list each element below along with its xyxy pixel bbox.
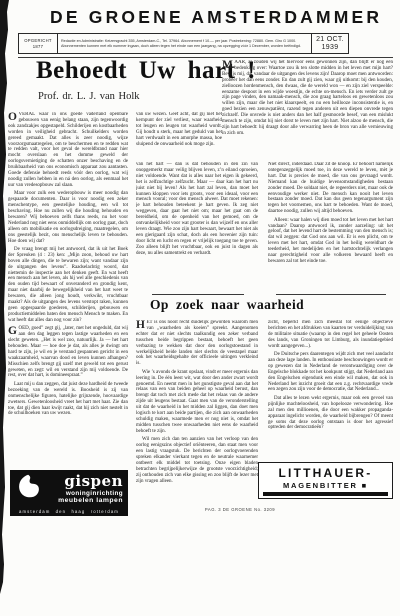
square-icon: ■: [362, 481, 368, 490]
gispen-cities: amsterdam den haag rotterdam: [10, 509, 128, 514]
paragraph-text: De Duitsche pers daarentegen wijdt zich …: [268, 352, 393, 393]
gispen-line-2: meubelen lampen: [44, 497, 123, 504]
dropcap: H: [136, 320, 145, 330]
imprint-cell: Redactie en Administratie: Keizersgracht…: [58, 34, 312, 53]
paragraph-text: van uw wezen. Geef acht, dat gij niet he…: [136, 112, 222, 147]
article1-column-1: OVERAL waar in ons goede vaderland openb…: [8, 112, 128, 464]
paragraph-text: OED, goed” zegt gij, „later, met het ong…: [8, 326, 128, 378]
founded-label: OPGERICHT: [19, 38, 57, 43]
paragraph-text: Alleen: waar halen wij dien moed tot het…: [268, 218, 393, 265]
paragraph-text: Laat mij u dan zeggen, dat juist deze ha…: [8, 382, 128, 417]
gispen-brand-name: gispen: [44, 474, 123, 488]
article1-column-2: van het hart — dan is dat behouden in de…: [136, 162, 258, 293]
article1-column-3: Niet direct, inderdaad. Daar zit de knoo…: [268, 162, 393, 293]
masthead-infobar: OPGERICHT 1877 Redactie en Administratie…: [18, 33, 349, 54]
issue-date-line-1: 21 OCT.: [312, 36, 348, 44]
gispen-logo-icon: [14, 473, 44, 500]
litthauer-bar: [263, 492, 388, 496]
article2-headline: Op zoek naar waarheid: [136, 297, 318, 313]
litthauer-advertisement: LITTHAUER- MAGENBITTER ■: [258, 462, 393, 499]
paragraph-text: van het hart — dan is dat behouden in de…: [136, 162, 258, 257]
article1-end-rule-left: [152, 294, 244, 295]
page-footer: PAG. 3 DE GROENE No. 3209: [170, 507, 310, 512]
article1-end-rule-right: [276, 294, 386, 295]
issue-date-line-2: 1939: [312, 44, 348, 52]
litthauer-brand-name: LITTHAUER-: [259, 466, 392, 480]
litthauer-product-name: MAGENBITTER ■: [259, 481, 392, 490]
dropcap: M: [222, 60, 233, 70]
paragraph-text: Dat alles te lezen wekt ergernis, maar o…: [268, 396, 393, 431]
paragraph-text: Wie ’s avonds de krant opslaat, vindt er…: [136, 370, 258, 435]
paragraph-text: De vraag brengt mij het antwoord, dat ik…: [8, 247, 128, 324]
paragraph-text: AAR, al zouden wij het hiervoor eens gew…: [222, 60, 393, 136]
imprint-line-2: Abonnementen kunnen met elk nummer ingaa…: [61, 44, 308, 49]
paragraph-text: VERAL waar in ons goede vaderland openba…: [8, 112, 128, 188]
article2-column-2: zicht, beperkt men zich meestal tot eeni…: [268, 320, 393, 458]
article1-byline: Prof. dr. L. J. van Holk: [38, 91, 140, 102]
paragraph-text: Wil men zich dan ten aanzien van het ver…: [136, 437, 258, 484]
article1-intro-column: MAAR, al zouden wij het hiervoor eens ge…: [222, 60, 393, 157]
article2-column-1: HET is ons nooit recht duidelijk geworde…: [136, 320, 258, 502]
paragraph-text: Maar voor zulk een wederopbouw is meer n…: [8, 191, 128, 244]
dropcap: O: [8, 112, 17, 122]
paragraph-text: zicht, beperkt men zich meestal tot eeni…: [268, 320, 393, 350]
founded-year: 1877: [19, 44, 57, 49]
masthead-title: DE GROENE AMSTERDAMMER: [50, 7, 382, 28]
article1-column-2-top: van uw wezen. Geef acht, dat gij niet he…: [136, 112, 222, 159]
newspaper-page: DE GROENE AMSTERDAMMER OPGERICHT 1877 Re…: [0, 0, 400, 616]
gispen-advertisement: gispen woninginrichting meubelen lampen …: [10, 470, 128, 516]
founded-cell: OPGERICHT 1877: [19, 34, 58, 53]
dropcap: G: [8, 326, 17, 336]
gispen-line-1: woninginrichting: [44, 490, 123, 497]
issue-date-cell: 21 OCT. 1939: [312, 34, 348, 53]
paragraph-text: Niet direct, inderdaad. Daar zit de knoo…: [268, 162, 393, 215]
paragraph-text: ET is ons nooit recht duidelijk geworden…: [136, 320, 258, 366]
